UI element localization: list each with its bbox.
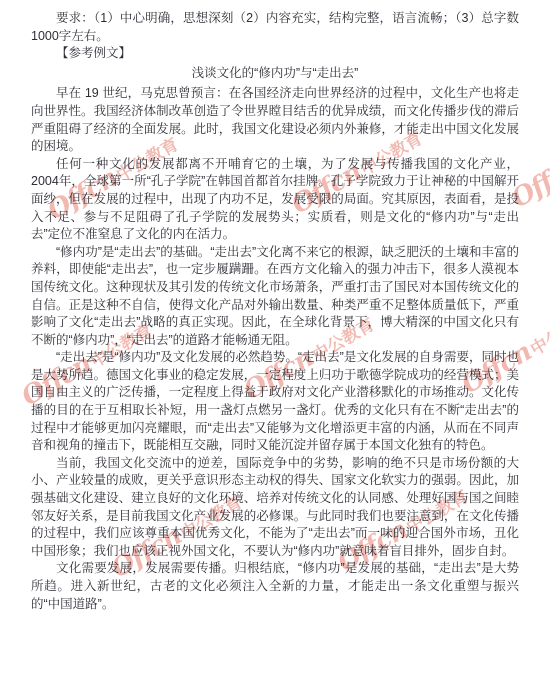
paragraph-5: 当前，我国文化交流中的逆差，国际竞争中的劣势，影响的绝不只是市场份额的大小、产业… (31, 455, 519, 561)
document-content: 要求：（1）中心明确，思想深刻（2）内容充实，结构完整，语言流畅；（3）总字数 … (0, 0, 550, 613)
essay-title: 浅谈文化的“修内功”与“走出去” (31, 65, 519, 83)
requirements-text: 要求：（1）中心明确，思想深刻（2）内容充实，结构完整，语言流畅；（3）总字数 … (31, 10, 519, 45)
paragraph-4: “走出去”是“修内功”及文化发展的必然趋势。“走出去”是文化发展的自身需要，同时… (31, 349, 519, 455)
paragraph-2: 任何一种文化的发展都离不开哺育它的土壤，为了发展与传播我国的文化产业，2004年… (31, 156, 519, 244)
paragraph-6: 文化需要发展，发展需要传播。归根结底，“修内功”是发展的基础，“走出去”是大势所… (31, 560, 519, 613)
paragraph-3: “修内功”是“走出去”的基础。“走出去”文化离不来它的根源，缺乏肥沃的土壤和丰富… (31, 244, 519, 350)
paragraph-1: 早在 19 世纪，马克思曾预言：在各国经济走向世界经济的过程中，文化生产也将走向… (31, 85, 519, 155)
document-page: Offcn中公教育 Offcn中公教育 Offcn中公教育 Offcn中公教育 … (0, 0, 550, 682)
reference-label: 【参考例文】 (31, 45, 519, 63)
